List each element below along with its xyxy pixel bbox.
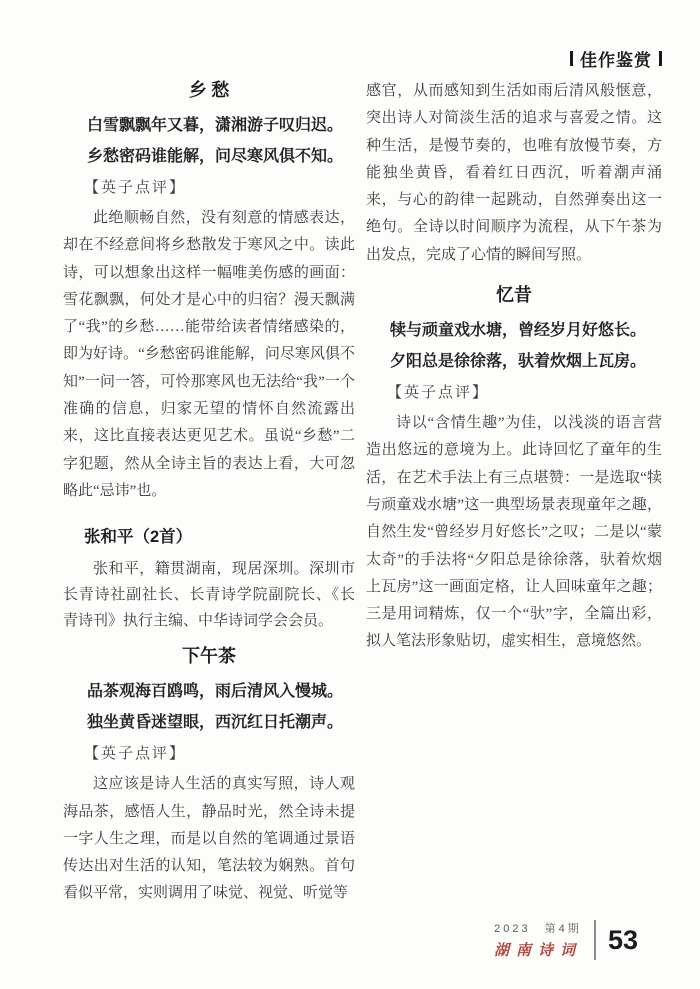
journal-meta: 2023 第4期 湖南诗词 xyxy=(494,920,582,960)
poem-yixi-line-1: 犊与顽童戏水塘，曾经岁月好悠长。 xyxy=(366,315,662,346)
review-label-xiangchou: 【英子点评】 xyxy=(63,173,355,203)
left-column: 乡 愁 白雪飘飘年又暮，潇湘游子叹归迟。 乡愁密码谁能解，问尽寒风俱不知。 【英… xyxy=(63,78,355,912)
section-header: 佳作鉴赏 xyxy=(570,46,662,71)
author-bio: 张和平，籍贯湖南，现居深圳。深圳市长青诗社副社长、长青诗学院副院长、《长青诗刊》… xyxy=(63,556,355,634)
review-label-xiawucha: 【英子点评】 xyxy=(63,739,355,769)
review-text-xiawucha-part1: 这应该是诗人生活的真实写照，诗人观海品茶，感悟人生，静品时光，然全诗未提一字人生… xyxy=(63,771,355,907)
issue-label: 2023 第4期 xyxy=(494,920,582,936)
poem-xiangchou-line-1: 白雪飘飘年又暮，潇湘游子叹归迟。 xyxy=(63,110,355,141)
poem-title-xiawucha: 下午茶 xyxy=(63,644,355,668)
review-text-yixi: 诗以“含情生趣”为佳，以浅淡的语言营造出悠远的意境为上。此诗回忆了童年的生活，在… xyxy=(366,410,662,656)
poem-xiawucha-line-2: 独坐黄昏迷望眼，西沉红日托潮声。 xyxy=(63,707,355,738)
poem-title-xiangchou: 乡 愁 xyxy=(63,78,355,102)
journal-name: 湖南诗词 xyxy=(494,939,582,960)
poem-title-yixi: 忆昔 xyxy=(366,283,662,307)
author-heading: 张和平（2首） xyxy=(63,523,355,547)
right-column: 感官，从而感知到生活如雨后清风般惬意，突出诗人对简淡生活的追求与喜爱之情。这种生… xyxy=(366,78,662,660)
header-right-bar-icon xyxy=(659,51,662,66)
page-number: 53 xyxy=(608,925,638,956)
poem-yixi-line-2: 夕阳总是徐徐落，驮着炊烟上瓦房。 xyxy=(366,346,662,377)
review-label-yixi: 【英子点评】 xyxy=(366,378,662,408)
header-left-bar-icon xyxy=(570,51,573,66)
magazine-page: 佳作鉴赏 乡 愁 白雪飘飘年又暮，潇湘游子叹归迟。 乡愁密码谁能解，问尽寒风俱不… xyxy=(0,0,700,989)
footer-divider xyxy=(594,920,596,960)
poem-xiangchou-line-2: 乡愁密码谁能解，问尽寒风俱不知。 xyxy=(63,141,355,172)
poem-xiawucha-line-1: 品茶观海百鸥鸣，雨后清风入慢城。 xyxy=(63,676,355,707)
review-text-xiawucha-part2: 感官，从而感知到生活如雨后清风般惬意，突出诗人对简淡生活的追求与喜爱之情。这种生… xyxy=(366,78,662,269)
section-header-label: 佳作鉴赏 xyxy=(580,46,652,71)
review-text-xiangchou: 此绝顺畅自然，没有刻意的情感表达，却在不经意间将乡愁散发于寒风之中。读此诗，可以… xyxy=(63,205,355,505)
page-footer: 2023 第4期 湖南诗词 53 xyxy=(494,920,638,960)
